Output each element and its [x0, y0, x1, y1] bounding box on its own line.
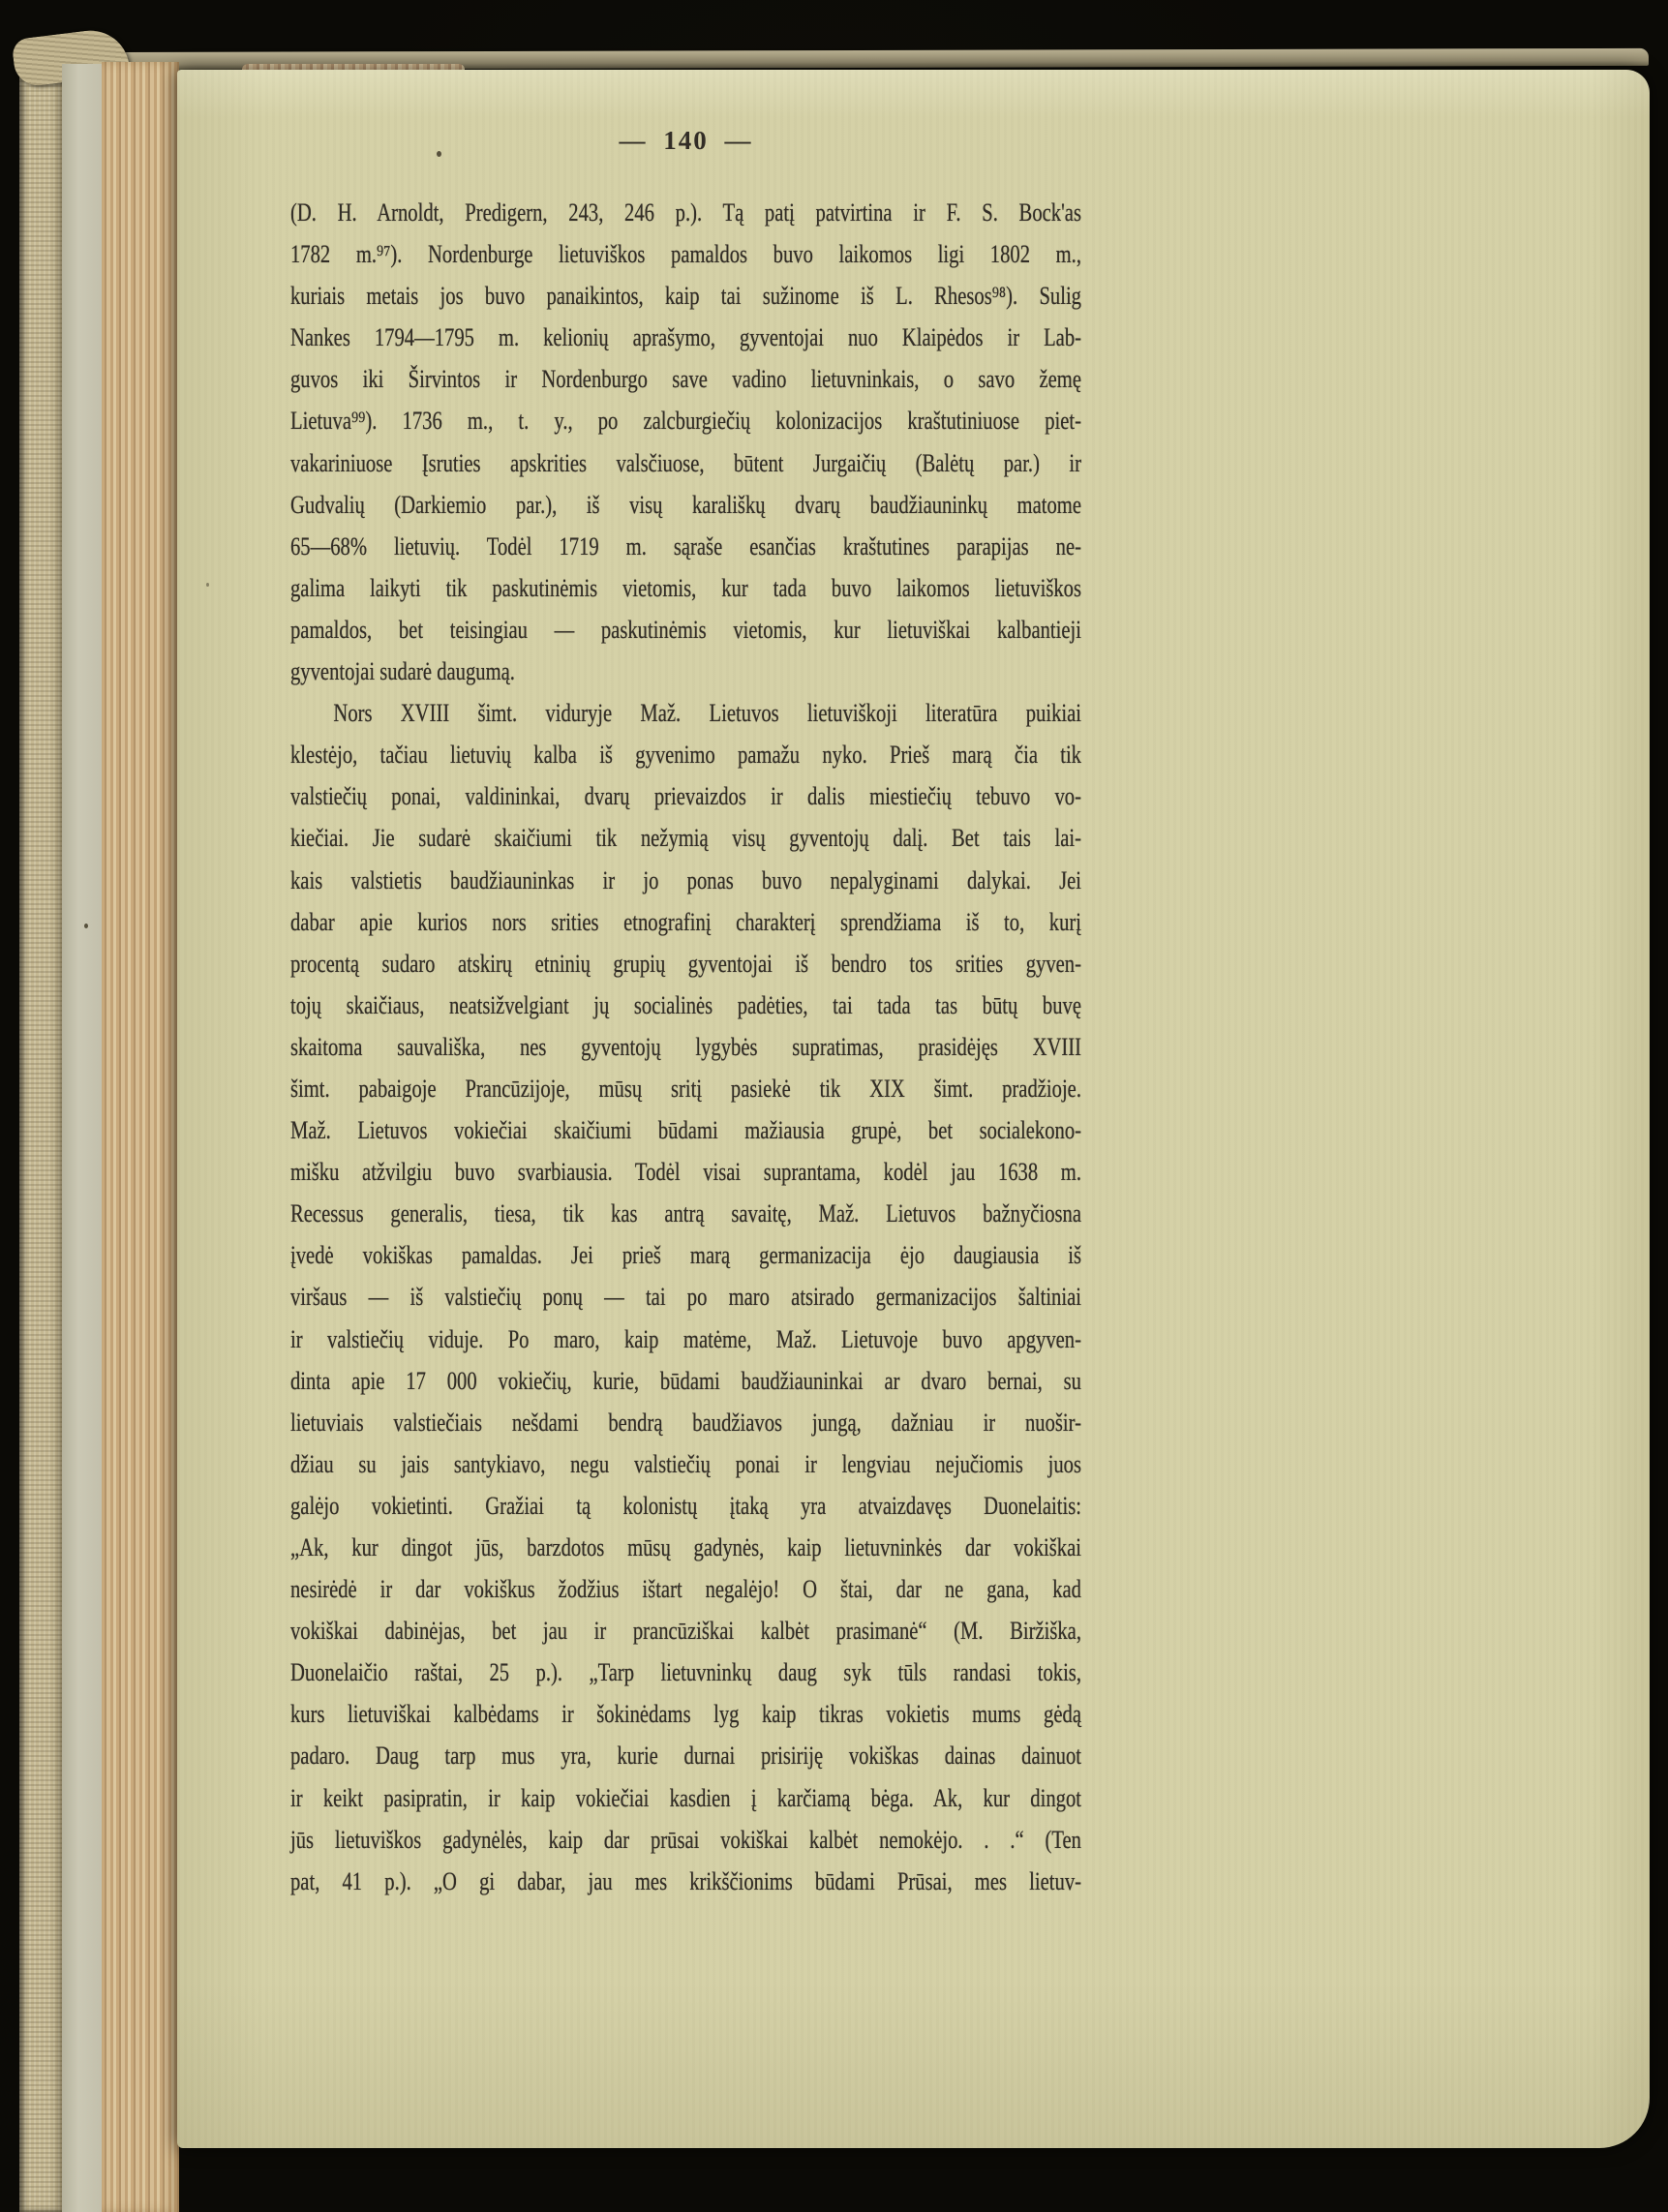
- text-line: įvedė vokiškas pamaldas. Jei prieš marą …: [290, 1234, 1081, 1276]
- text-line: kais valstietis baudžiauninkas ir jo pon…: [290, 860, 1081, 901]
- text-line: Maž. Lietuvos vokiečiai skaičiumi būdami…: [290, 1109, 1081, 1151]
- text-line: ir valstiečių viduje. Po maro, kaip matė…: [290, 1318, 1081, 1360]
- text-line: viršaus — iš valstiečių ponų — tai po ma…: [290, 1276, 1081, 1318]
- text-line: guvos iki Širvintos ir Nordenburgo save …: [290, 358, 1081, 400]
- text-line: kuriais metais jos buvo panaikintos, kai…: [290, 275, 1081, 317]
- text-line: džiau su jais santykiavo, negu valstieči…: [290, 1443, 1081, 1485]
- text-line: 65—68% lietuvių. Todėl 1719 m. sąraše es…: [290, 526, 1081, 567]
- text-line: ir keikt pasipratin, ir kaip vokiečiai k…: [290, 1777, 1081, 1819]
- text-line: Recessus generalis, tiesa, tik kas antrą…: [290, 1193, 1081, 1234]
- binding-inner-strip: [62, 64, 104, 2212]
- text-line: skaitoma sauvališka, nes gyventojų lygyb…: [290, 1026, 1081, 1068]
- text-line: (D. H. Arnoldt, Predigern, 243, 246 p.).…: [290, 192, 1081, 233]
- text-line: procentą sudaro atskirų etninių grupių g…: [290, 943, 1081, 985]
- text-line: klestėjo, tačiau lietuvių kalba iš gyven…: [290, 734, 1081, 775]
- text-column: (D. H. Arnoldt, Predigern, 243, 246 p.).…: [290, 192, 1081, 1902]
- scan-speck: [206, 583, 209, 587]
- text-line: vakariniuose Įsruties apskrities valsčiu…: [290, 442, 1081, 484]
- text-line: tojų skaičiaus, neatsižvelgiant jų socia…: [290, 985, 1081, 1026]
- text-line: „Ak, kur dingot jūs, barzdotos mūsų gady…: [290, 1527, 1081, 1568]
- text-line: dabar apie kurios nors srities etnografi…: [290, 901, 1081, 943]
- scan-speck: [437, 151, 441, 157]
- text-line: pamaldos, bet teisingiau — paskutinėmis …: [290, 609, 1081, 651]
- text-line: kiečiai. Jie sudarė skaičiumi tik nežymi…: [290, 817, 1081, 859]
- text-line: vokiškai dabinėjas, bet jau ir prancūziš…: [290, 1610, 1081, 1651]
- book-scan: — 140 — (D. H. Arnoldt, Predigern, 243, …: [0, 0, 1668, 2212]
- text-line: gyventojai sudarė daugumą.: [290, 651, 1081, 692]
- text-line: šimt. pabaigoje Prancūzijoje, mūsų sritį…: [290, 1068, 1081, 1109]
- text-line: galėjo vokietinti. Gražiai tą kolonistų …: [290, 1485, 1081, 1527]
- text-line: 1782 m.⁹⁷). Nordenburge lietuviškos pama…: [290, 233, 1081, 275]
- text-line: kurs lietuviškai kalbėdams ir šokinėdams…: [290, 1693, 1081, 1735]
- text-line: jūs lietuviškos gadynėlės, kaip dar prūs…: [290, 1819, 1081, 1861]
- text-line: valstiečių ponai, valdininkai, dvarų pri…: [290, 775, 1081, 817]
- text-line: Nors XVIII šimt. viduryje Maž. Lietuvos …: [290, 692, 1081, 734]
- page-edge-stack: [102, 62, 179, 2212]
- text-line: Gudvalių (Darkiemio par.), iš visų karal…: [290, 484, 1081, 526]
- text-line: Duonelaičio raštai, 25 p.). „Tarp lietuv…: [290, 1651, 1081, 1693]
- text-line: mišku atžvilgiu buvo svarbiausia. Todėl …: [290, 1151, 1081, 1193]
- scan-speck: [84, 924, 88, 928]
- scanned-page: — 140 — (D. H. Arnoldt, Predigern, 243, …: [177, 70, 1650, 2148]
- text-line: padaro. Daug tarp mus yra, kurie durnai …: [290, 1735, 1081, 1776]
- text-line: Nankes 1794—1795 m. kelionių aprašymo, g…: [290, 317, 1081, 358]
- binding-cloth: [19, 56, 64, 2212]
- text-line: dinta apie 17 000 vokiečių, kurie, būdam…: [290, 1360, 1081, 1402]
- paragraph: Nors XVIII šimt. viduryje Maž. Lietuvos …: [290, 692, 1081, 1902]
- text-line: lietuviais valstiečiais nešdami bendrą b…: [290, 1402, 1081, 1443]
- text-line: Lietuva⁹⁹). 1736 m., t. y., po zalcburgi…: [290, 400, 1081, 441]
- text-line: galima laikyti tik paskutinėmis vietomis…: [290, 567, 1081, 609]
- text-line: nesirėdė ir dar vokiškus žodžius ištart …: [290, 1568, 1081, 1610]
- paragraph-continued: (D. H. Arnoldt, Predigern, 243, 246 p.).…: [290, 192, 1081, 692]
- text-line: pat, 41 p.). „O gi dabar, jau mes krikšč…: [290, 1861, 1081, 1902]
- page-number: — 140 —: [290, 126, 1081, 156]
